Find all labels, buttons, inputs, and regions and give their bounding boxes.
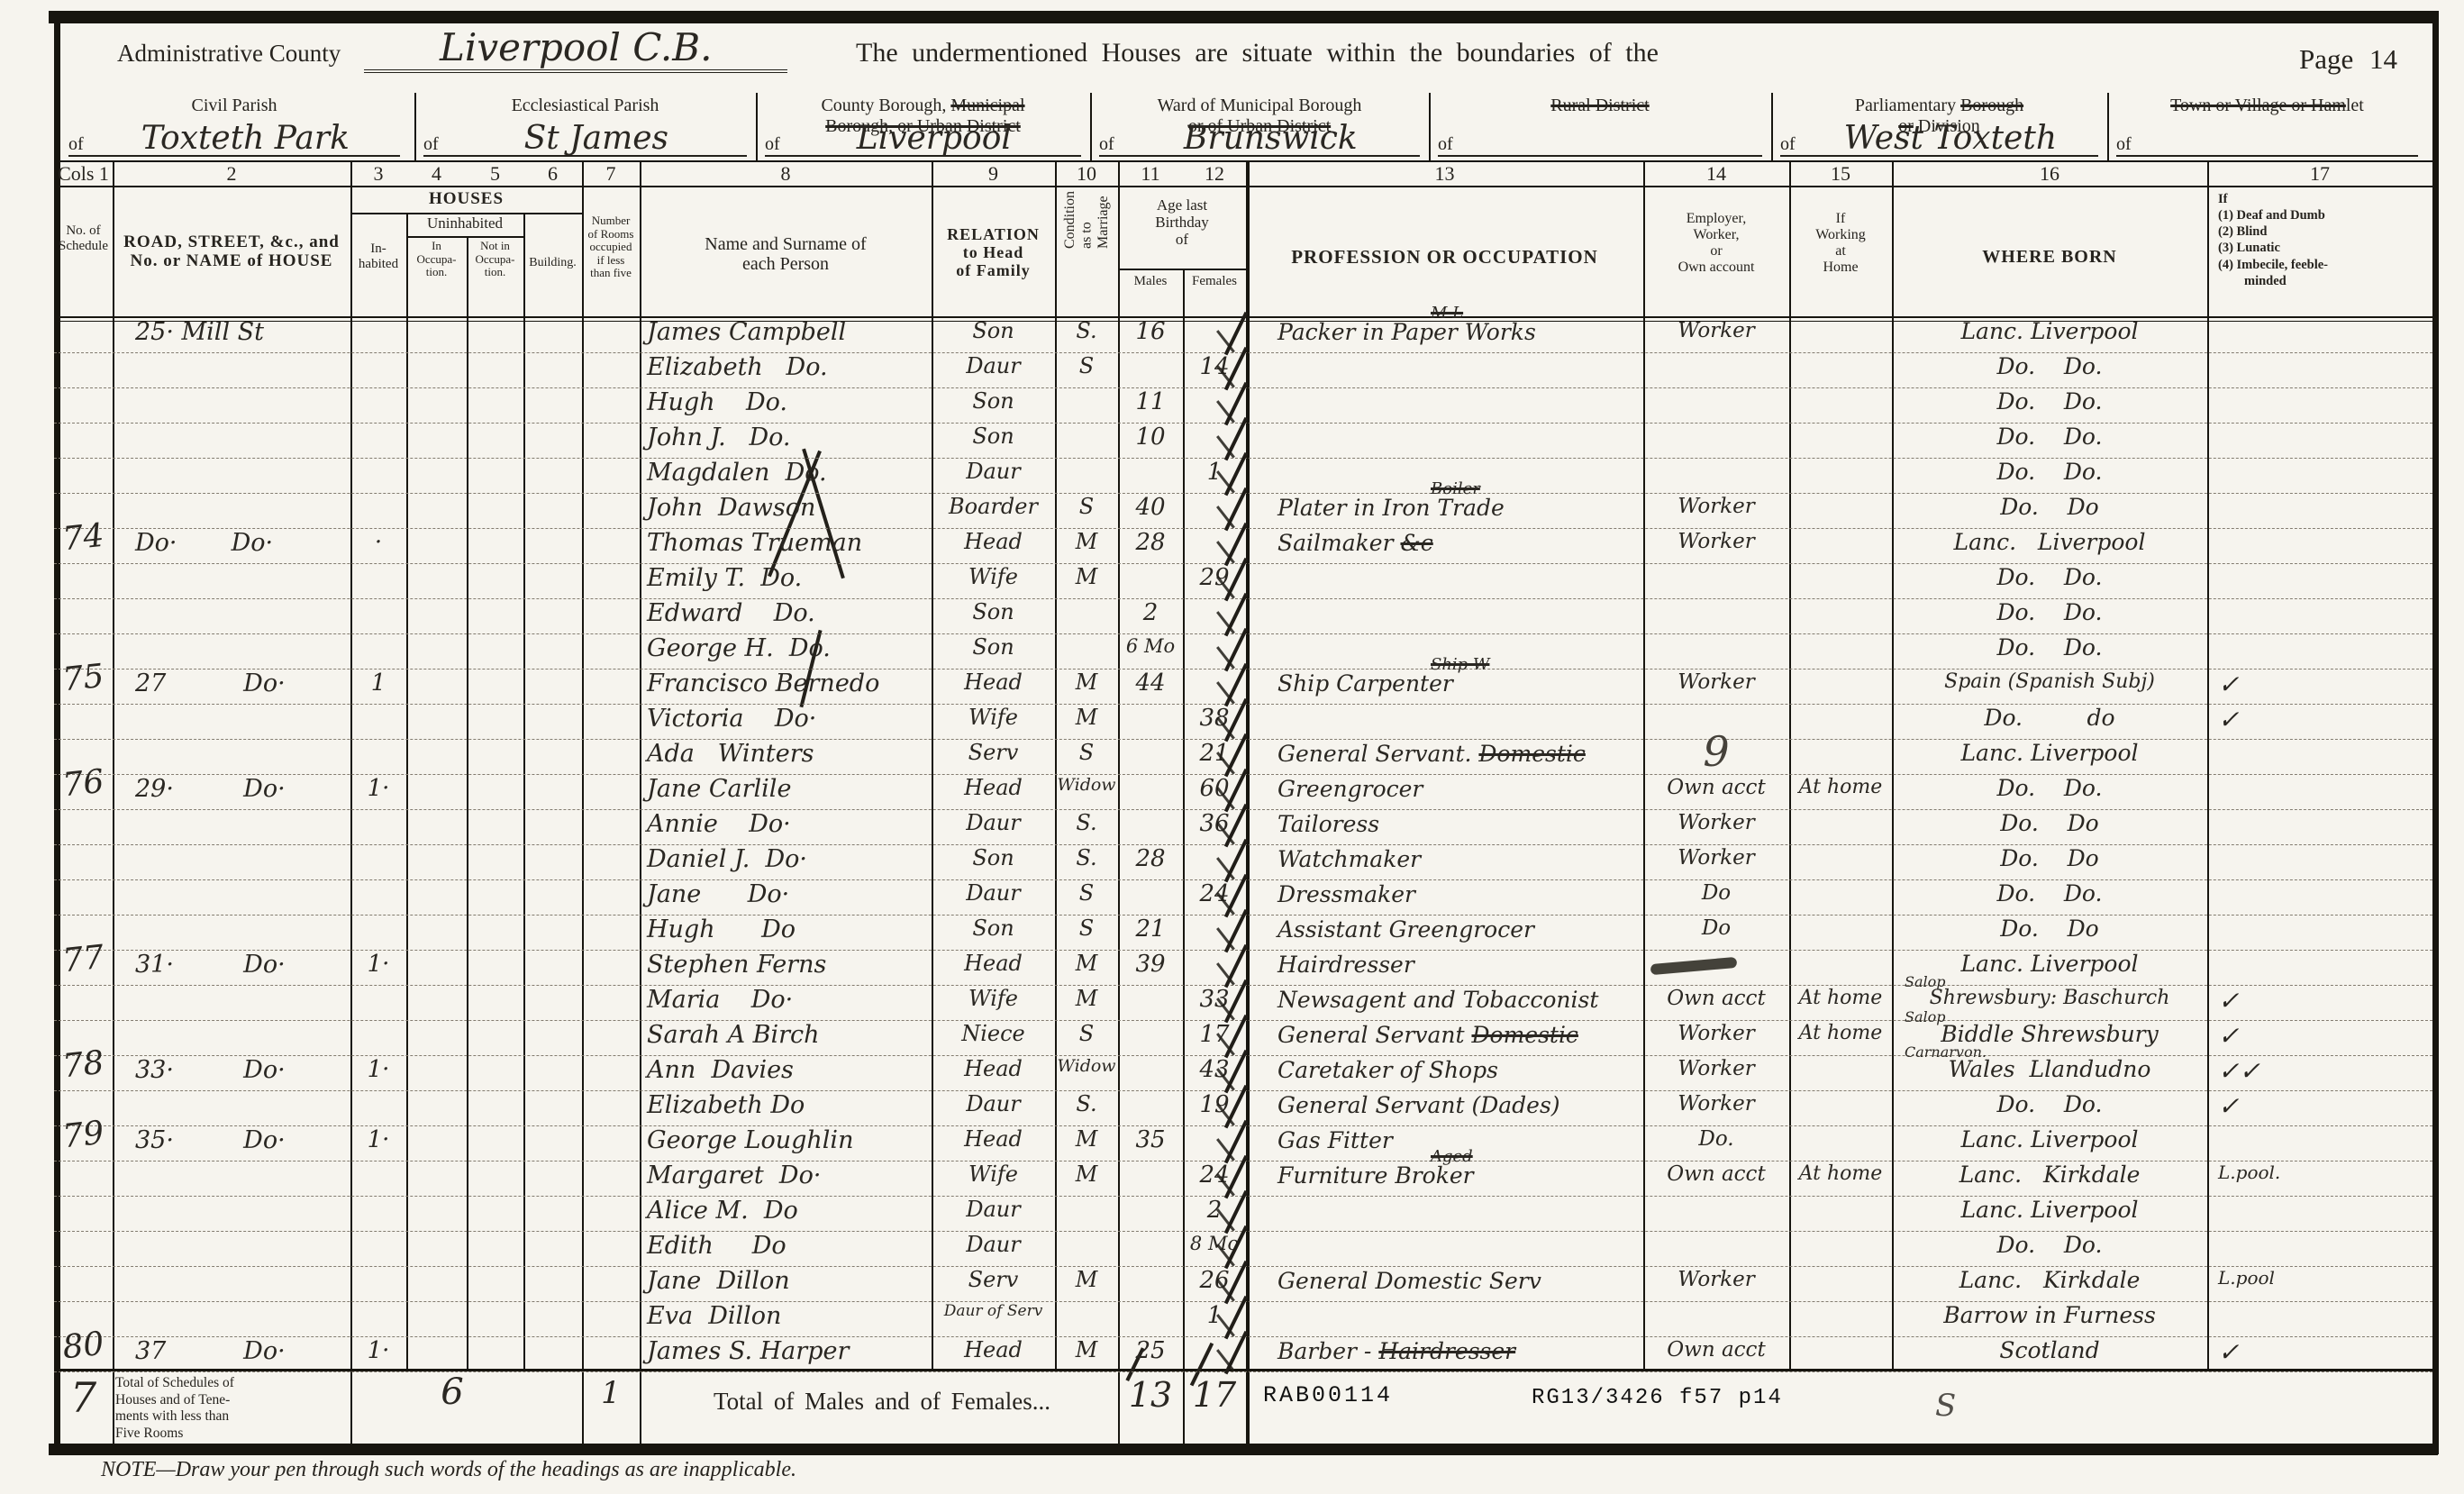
district-value-line: ofBrunswick [1099,123,1420,157]
column-header-age_group: Age last Birthday of [1118,196,1246,248]
column-header-h12: Females [1183,274,1246,289]
age-male: 35 [1118,1128,1183,1152]
working-at-home: At home [1789,1163,1892,1184]
column-header-h5: Not in Occupa- tion. [467,240,523,279]
infirmity-column-mark: L.pool [2218,1269,2275,1288]
column-number-c4: 4 [406,162,467,186]
birthplace: Do. Do. [1892,882,2207,906]
occupation-note: M L [1431,305,1463,323]
person-name: Maria Do· [647,988,793,1013]
birthplace: Do. Do [1892,847,2207,870]
district-of-label: of [2116,134,2139,155]
birthplace: Do. Do. [1892,1093,2207,1116]
marital-condition: Widow [1055,777,1118,795]
occupation-part: Gas Fitter [1277,1127,1393,1153]
page-title: The undermentioned Houses are situate wi… [856,38,2117,68]
infirmity-column-mark: ✓ [2218,706,2239,733]
column-header-h11: Males [1118,274,1183,289]
occupation: Watchmaker [1277,848,1421,871]
grid-line [2107,93,2109,160]
occupation-part: Assistant Greengrocer [1277,916,1534,943]
working-at-home: At home [1789,988,1892,1008]
birthplace: Do. Do. [1892,601,2207,624]
district-value-line: ofWest Toxteth [1780,123,2098,157]
district-of-label: of [1099,134,1122,155]
employer-status: Worker [1643,1093,1789,1115]
relation: Son [932,390,1055,413]
occupation-part: General Servant. [1277,741,1478,767]
age-male: 28 [1118,847,1183,871]
birthplace: Lanc. Liverpool [1892,1128,2207,1152]
address: Do· Do· [135,531,273,556]
relation: Daur [932,1234,1055,1256]
birthplace: Spain (Spanish Subj) [1892,671,2207,692]
footnote: NOTE—Draw your pen through such words of… [101,1458,796,1482]
total-schedules-value: 7 [54,1373,113,1422]
person-name: Elizabeth Do. [647,355,828,380]
relation: Serv [932,1269,1055,1291]
relation: Wife [932,566,1055,588]
marital-condition: M [1055,988,1118,1010]
age-male: 21 [1118,917,1183,942]
occupation-part: Hairdresser [1378,1338,1515,1364]
census-page-scan: Administrative County Liverpool C.B. The… [0,0,2464,1494]
occupation-part: General Servant [1277,1022,1471,1048]
employer-status: Worker [1643,1269,1789,1290]
occupation-part: &c [1400,530,1432,556]
grid-line [49,1444,2438,1455]
marital-condition: Widow [1055,1058,1118,1076]
occupation: General Servant (Dades) [1277,1094,1560,1117]
employer-status: Worker [1643,812,1789,834]
district-of-label: of [423,134,446,155]
occupation: Sailmaker &c [1277,532,1433,555]
person-name: George Loughlin [647,1128,853,1153]
schedule-number: 77 [52,940,114,979]
occupation-part: Sailmaker [1277,530,1400,556]
column-header-h2: ROAD, STREET, &c., and No. or NAME of HO… [113,232,350,271]
address: 27 Do· [135,671,286,697]
marital-condition: S. [1055,847,1118,870]
birthplace: Lanc. Liverpool [1892,320,2207,343]
person-name: Sarah A Birch [647,1023,820,1048]
birthplace: Do. do [1892,706,2207,730]
relation: Daur [932,812,1055,834]
column-header-h10: Condition as to Marriage [1061,191,1114,310]
relation: Head [932,671,1055,694]
marital-condition: M [1055,531,1118,553]
relation: Head [932,531,1055,553]
occupation-note: Boiler [1431,481,1480,498]
district-value-line: of [1438,134,1762,157]
occupation: Ship CarpenterShip W [1277,672,1453,696]
marital-condition: S [1055,1023,1118,1045]
marital-condition: M [1055,1269,1118,1291]
relation: Son [932,425,1055,448]
occupation-part: Domestic [1478,741,1585,767]
person-name: Eva Dillon [647,1304,781,1329]
employer-status: Own acct [1643,1163,1789,1185]
column-header-h16: WHERE BORN [1892,247,2207,267]
inhabited-mark: 1 [350,671,406,696]
age-male: 10 [1118,425,1183,450]
person-name: John J. Do. [647,425,791,451]
person-name: Annie Do· [647,812,791,837]
infirmity-column-mark: ✓ [2218,988,2239,1014]
column-header-houses_group: HOUSES [350,189,582,208]
birthplace: Do. Do. [1892,425,2207,449]
birthplace: Lanc. Kirkdale [1892,1163,2207,1187]
relation: Serv [932,742,1055,764]
relation: Boarder [932,496,1055,518]
column-number-c5: 5 [467,162,523,186]
person-name: Daniel J. Do· [647,847,807,872]
district-label-part: let [2346,96,2364,115]
district-of-label: of [1780,134,1803,155]
birthplace: Shrewsbury: BaschurchSalop [1892,988,2207,1008]
birthplace: Do. Do [1892,496,2207,519]
occupation-part: Ship Carpenter [1277,670,1453,697]
relation: Wife [932,1163,1055,1186]
employer-status: Worker [1643,1058,1789,1080]
employer-status: Own acct [1643,777,1789,798]
district-label-part: Ecclesiastical Parish [512,96,659,115]
birthplace: Lanc. Liverpool [1892,742,2207,765]
employer-status: Do [1643,882,1789,904]
total-males-females-label: Total of Males and of Females... [714,1388,1050,1416]
person-name: Jane Carlile [647,777,791,802]
relation: Daur [932,1198,1055,1221]
occupation-part: Domestic [1471,1022,1578,1048]
age-male: 44 [1118,671,1183,696]
district-section-ward-of-municipal-borough: Ward of Municipal Borough or of Urban Di… [1094,94,1425,160]
total-rooms-value: 1 [582,1375,640,1411]
birthplace: Lanc. Kirkdale [1892,1269,2207,1292]
district-value-line: ofLiverpool [765,123,1081,157]
person-name: Ada Winters [647,742,814,767]
person-name: Stephen Ferns [647,952,826,978]
infirmity-column-mark: ✓ [2218,1093,2239,1119]
occupation-part: General Domestic Serv [1277,1268,1541,1294]
column-number-c17: 17 [2207,162,2432,186]
grid-line [49,11,2438,23]
relation: Daur of Serv [932,1304,1055,1320]
occupation-part: Tailoress [1277,811,1379,837]
enumerator-tick-icon [1218,1333,1254,1376]
birthplace: Wales LlandudnoCarnarvon. [1892,1058,2207,1081]
marital-condition: S [1055,496,1118,518]
employer-status: Worker [1643,496,1789,517]
person-name: Ann Davies [647,1058,794,1083]
inhabited-mark: 1· [350,1058,406,1082]
inhabited-mark: · [350,531,406,555]
relation: Daur [932,1093,1055,1116]
district-label-part: Rural District [1550,96,1649,115]
grid-line [756,93,758,160]
person-name: Elizabeth Do [647,1093,805,1118]
column-number-c11: 11 [1118,162,1183,186]
column-header-h8: Name and Surname of each Person [640,234,932,275]
employer-status: Own acct [1643,1339,1789,1361]
age-male: 6 Mo [1118,636,1183,656]
schedule-number: 74 [52,518,114,558]
inhabited-mark: 1· [350,1339,406,1363]
column-header-h13: PROFESSION OR OCCUPATION [1246,247,1643,269]
column-number-c2: 2 [113,162,350,186]
schedule-number: 78 [52,1045,114,1085]
infirmity-column-mark: ✓ [2218,1023,2239,1049]
grid-line [414,93,416,160]
person-name: Victoria Do· [647,706,816,732]
occupation: Gas Fitter [1277,1129,1393,1152]
marital-condition: M [1055,1339,1118,1362]
total-schedules-label: Total of Schedules of Houses and of Tene… [115,1375,234,1442]
admin-county-line: Administrative County Liverpool C.B. [117,25,787,73]
occupation: Assistant Greengrocer [1277,918,1534,942]
schedule-number: 79 [52,1116,114,1155]
column-number-c15: 15 [1789,162,1892,186]
age-male: 2 [1118,601,1183,625]
column-header-h3: In- habited [350,241,406,272]
grid-line [1090,93,1092,160]
district-label-part: Ward of Municipal Borough [1158,96,1362,115]
occupation-note: Ship W [1431,657,1489,674]
occupation: Caretaker of Shops [1277,1059,1498,1082]
person-name: James Campbell [647,320,846,345]
archive-stamp: RAB00114 [1263,1382,1393,1408]
column-header-uninhabited_group: Uninhabited [406,214,523,232]
person-name: Jane Do· [647,882,789,907]
birthplace: Do. Do. [1892,460,2207,484]
district-value-line: ofSt James [423,123,747,157]
column-header-h6: Building. [523,256,582,270]
occupation-part: Hairdresser [1277,952,1414,978]
column-header-h1: No. of Schedule [54,223,113,254]
marital-condition: S. [1055,320,1118,342]
district-section-civil-parish: Civil ParishofToxteth Park [63,94,405,160]
grid-line [1429,93,1431,160]
district-label: Ecclesiastical Parish [418,96,752,116]
district-label-part: Civil Parish [191,96,277,115]
column-number-c8: 8 [640,162,932,186]
employer-scribble [1650,957,1738,975]
inhabited-mark: 1· [350,777,406,801]
infirmity-column-mark: ✓ [2218,671,2239,697]
grid-line [406,236,523,238]
admin-county-value: Liverpool C.B. [440,25,712,69]
district-label: Civil Parish [63,96,405,116]
total-houses-value: 6 [416,1371,488,1413]
relation: Wife [932,706,1055,729]
employer-status: Worker [1643,531,1789,552]
district-section-town-or-village: Town or Village or Hamletof [2111,94,2423,160]
district-value: Toxteth Park [91,123,400,155]
grid-line [1771,93,1773,160]
district-value-line: of [2116,134,2418,157]
person-name: Alice M. Do [647,1198,798,1224]
grid-line [2432,11,2439,1454]
occupation-part: Furniture Broker [1277,1162,1474,1189]
occupation-part: Dressmaker [1277,881,1415,907]
marital-condition: M [1055,671,1118,694]
birthplace: Do. Do. [1892,566,2207,589]
column-number-c9: 9 [932,162,1055,186]
schedule-number: 80 [52,1326,114,1366]
occupation-note: Aged [1431,1149,1473,1166]
infirmity-column-mark: ✓✓ [2218,1058,2260,1084]
district-value: St James [446,123,747,155]
column-number-c6: 6 [523,162,582,186]
column-header-h9: RELATION to Head of Family [932,225,1055,279]
relation: Son [932,320,1055,342]
birthplace: Barrow in Furness [1892,1304,2207,1327]
column-header-h14: Employer, Worker, or Own account [1643,211,1789,276]
age-male: 40 [1118,496,1183,520]
birthplace: Do. Do. [1892,777,2207,800]
district-section-rural-district: Rural Districtof [1432,94,1768,160]
infirmity-column-mark: ✓ [2218,1339,2239,1365]
total-females-value: 17 [1183,1375,1246,1415]
relation: Daur [932,460,1055,483]
birthplace: Lanc. Liverpool [1892,1198,2207,1222]
column-number-c7: 7 [582,162,640,186]
schedule-number: 75 [52,659,114,698]
column-number-c12: 12 [1183,162,1246,186]
relation: Son [932,847,1055,870]
relation: Son [932,601,1055,624]
person-name: James S. Harper [647,1339,849,1364]
birthplace: Scotland [1892,1339,2207,1362]
district-of-label: of [1438,134,1460,155]
district-of-label: of [765,134,787,155]
district-label-part: Parliamentary [1855,96,1960,115]
admin-county-label: Administrative County [117,40,341,73]
district-label-part: County Borough, [821,96,950,115]
person-name: Thomas Trueman [647,531,862,556]
occupation-part: Packer in Paper Works [1277,319,1536,345]
district-section-parliamentary-division: Parliamentary Borough or DivisionofWest … [1775,94,2104,160]
birthplace-county-note: Salop [1905,1010,1946,1025]
inhabited-mark: 1· [350,1128,406,1152]
relation: Daur [932,355,1055,378]
district-section-ecclesiastical-parish: Ecclesiastical ParishofSt James [418,94,752,160]
employer-status: Own acct [1643,988,1789,1009]
column-header-h15: If Working at Home [1789,211,1892,276]
occupation: Tailoress [1277,813,1379,836]
relation: Niece [932,1023,1055,1045]
birthplace: Do. Do [1892,812,2207,835]
page-number: Page 14 [2299,43,2397,76]
birthplace: Do. Do [1892,917,2207,941]
schedule-number: 76 [52,764,114,804]
address: 25· Mill St [135,320,264,345]
employer-status: Worker [1643,671,1789,693]
age-male: 11 [1118,390,1183,414]
relation: Head [932,777,1055,799]
district-label: Rural District [1432,96,1768,116]
age-male: 16 [1118,320,1183,344]
employer-scribble: 9 [1643,730,1789,773]
admin-county-underline: Liverpool C.B. [364,25,787,73]
employer-status: Worker [1643,320,1789,342]
column-number-c14: 14 [1643,162,1789,186]
relation: Head [932,952,1055,975]
person-name: Emily T. Do. [647,566,802,591]
birthplace: Do. Do. [1892,390,2207,414]
grid-line [1118,269,1246,270]
district-label: Town or Village or Hamlet [2111,96,2423,116]
column-number-c1: Cols 1 [54,162,113,186]
occupation: Greengrocer [1277,778,1423,801]
district-value-line: ofToxteth Park [68,123,400,157]
occupation-part: Watchmaker [1277,846,1421,872]
column-header-h17: If (1) Deaf and Dumb (2) Blind (3) Lunat… [2218,191,2431,289]
column-header-h4: In Occupa- tion. [406,240,467,279]
district-value: West Toxteth [1803,123,2098,155]
occupation-part: Newsagent and Tobacconist [1277,987,1598,1013]
birthplace-county-note: Salop [1905,975,1946,990]
district-value: Brunswick [1122,123,1420,155]
column-number-c10: 10 [1055,162,1118,186]
infirmity-column-mark: L.pool. [2218,1163,2280,1182]
marital-condition: M [1055,952,1118,975]
relation: Daur [932,882,1055,905]
column-header-h7: Number of Rooms occupied if less than fi… [582,214,640,280]
employer-status: Do [1643,917,1789,939]
marital-condition: M [1055,1128,1118,1151]
occupation: General Domestic Serv [1277,1270,1541,1293]
relation: Head [932,1339,1055,1362]
relation: Son [932,917,1055,940]
ink-flourish: S [1935,1388,1956,1424]
inhabited-mark: 1· [350,952,406,977]
address: 31· Do· [135,952,286,978]
address: 37 Do· [135,1339,286,1364]
column-number-c16: 16 [1892,162,2207,186]
tick-stroke [1224,1331,1248,1374]
reference-stamp: RG13/3426 f57 p14 [1532,1386,1783,1410]
column-number-c3: 3 [350,162,406,186]
occupation: Dressmaker [1277,883,1415,906]
address: 33· Do· [135,1058,286,1083]
occupation-part: Barber - [1277,1338,1378,1364]
marital-condition: M [1055,1163,1118,1186]
person-name: Hugh Do. [647,390,787,415]
person-name: Magdalen Do. [647,460,827,486]
occupation: Plater in Iron TradeBoiler [1277,496,1505,520]
birthplace: Do. Do. [1892,636,2207,660]
district-label-part: Borough [1960,96,2023,115]
district-value: Liverpool [787,123,1081,155]
occupation: Packer in Paper WorksM L [1277,321,1536,344]
occupation-part: Caretaker of Shops [1277,1057,1498,1083]
person-name: Jane Dillon [647,1269,790,1294]
occupation: Furniture BrokerAged [1277,1164,1474,1188]
occupation: Barber - Hairdresser [1277,1340,1515,1363]
person-name: George H. Do. [647,636,831,661]
age-male: 39 [1118,952,1183,977]
census-row: 8037 Do·1·James S. HarperHeadM25Barber -… [54,1336,2432,1372]
relation: Son [932,636,1055,659]
age-male: 28 [1118,531,1183,555]
marital-condition: S [1055,355,1118,378]
occupation-part: Greengrocer [1277,776,1423,802]
age-male: 25 [1118,1339,1183,1363]
working-at-home: At home [1789,1023,1892,1043]
district-of-label: of [68,134,91,155]
marital-condition: S [1055,917,1118,940]
occupation: General Servant. Domestic [1277,742,1586,766]
